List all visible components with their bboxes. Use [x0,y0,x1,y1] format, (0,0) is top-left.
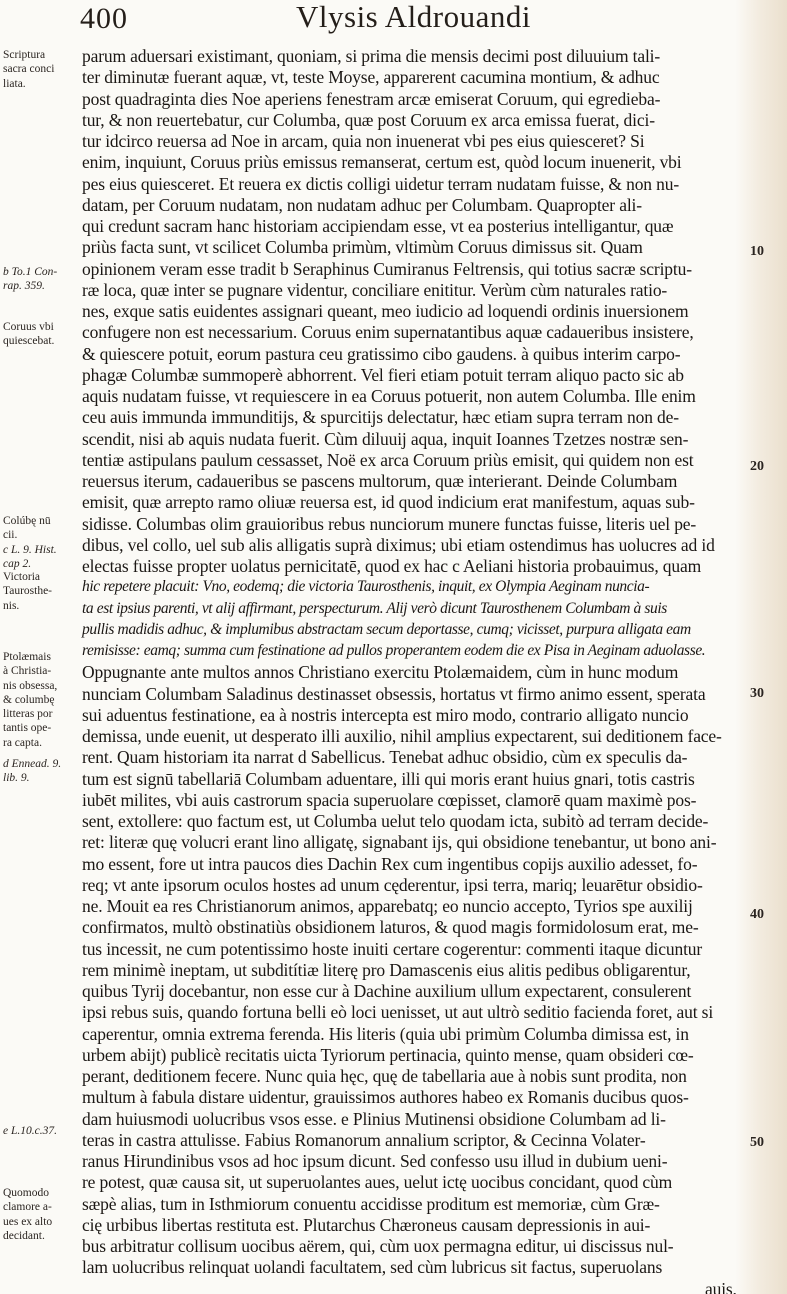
margin-note-line: ues ex alto [3,1215,79,1229]
margin-note-line: à Christia- [3,664,79,678]
margin-note: Quomodoclamore a-ues ex altodecidant. [3,1186,79,1243]
line-number-marker: 10 [750,244,764,260]
margin-note-line: Scriptura [3,48,79,62]
margin-note: Scripturasacra conciliata. [3,48,79,91]
margin-note: b To.1 Con-rap. 359. [3,265,79,294]
line-number-marker: 40 [750,907,764,923]
margin-note-line: Coruus vbi [3,320,79,334]
margin-note: Colúbę nūcii. [3,514,79,543]
margin-note: c L. 9. Hist.cap 2. [3,543,79,572]
margin-note: Coruus vbiquiescebat. [3,320,79,349]
margin-note-line: b To.1 Con- [3,265,79,279]
margin-note-line: ra capta. [3,736,79,750]
margin-note-line: decidant. [3,1229,79,1243]
page-edge-shadow [735,0,787,1294]
page-number: 400 [80,2,128,36]
margin-note-line: lib. 9. [3,771,79,785]
line-number-marker: 20 [750,459,764,475]
margin-note-line: rap. 359. [3,279,79,293]
margin-note-line: sacra conci [3,62,79,76]
text-line: auis, [705,1276,765,1294]
margin-note-line: liata. [3,77,79,91]
text-line: lam uolucribus relinquat uolandi faculta… [82,1254,682,1280]
margin-note: Ptolæmaisà Christia-nis obsessa,& columb… [3,650,79,750]
margin-note-line: nis. [3,599,79,613]
margin-note-line: clamore a- [3,1200,79,1214]
margin-note-line: & columbę [3,693,79,707]
page-header: 400 Vlysis Aldrouandi [0,0,787,44]
margin-note-line: Quomodo [3,1186,79,1200]
margin-note-line: tantis ope- [3,721,79,735]
line-number-marker: 30 [750,686,764,702]
margin-note: d Ennead. 9.lib. 9. [3,757,79,786]
running-title: Vlysis Aldrouandi [296,0,531,35]
margin-note: VictoriaTaurosthe-nis. [3,570,79,613]
margin-note-line: quiescebat. [3,334,79,348]
margin-note-line: litteras por [3,707,79,721]
margin-note-line: cii. [3,528,79,542]
margin-note-line: Victoria [3,570,79,584]
margin-note-line: d Ennead. 9. [3,757,79,771]
margin-note-line: Taurosthe- [3,584,79,598]
margin-note: e L.10.c.37. [3,1124,79,1138]
margin-note-line: Colúbę nū [3,514,79,528]
line-number-marker: 50 [750,1135,764,1151]
margin-note-line: c L. 9. Hist. [3,543,79,557]
margin-note-line: Ptolæmais [3,650,79,664]
margin-note-line: nis obsessa, [3,679,79,693]
margin-note-line: e L.10.c.37. [3,1124,79,1138]
